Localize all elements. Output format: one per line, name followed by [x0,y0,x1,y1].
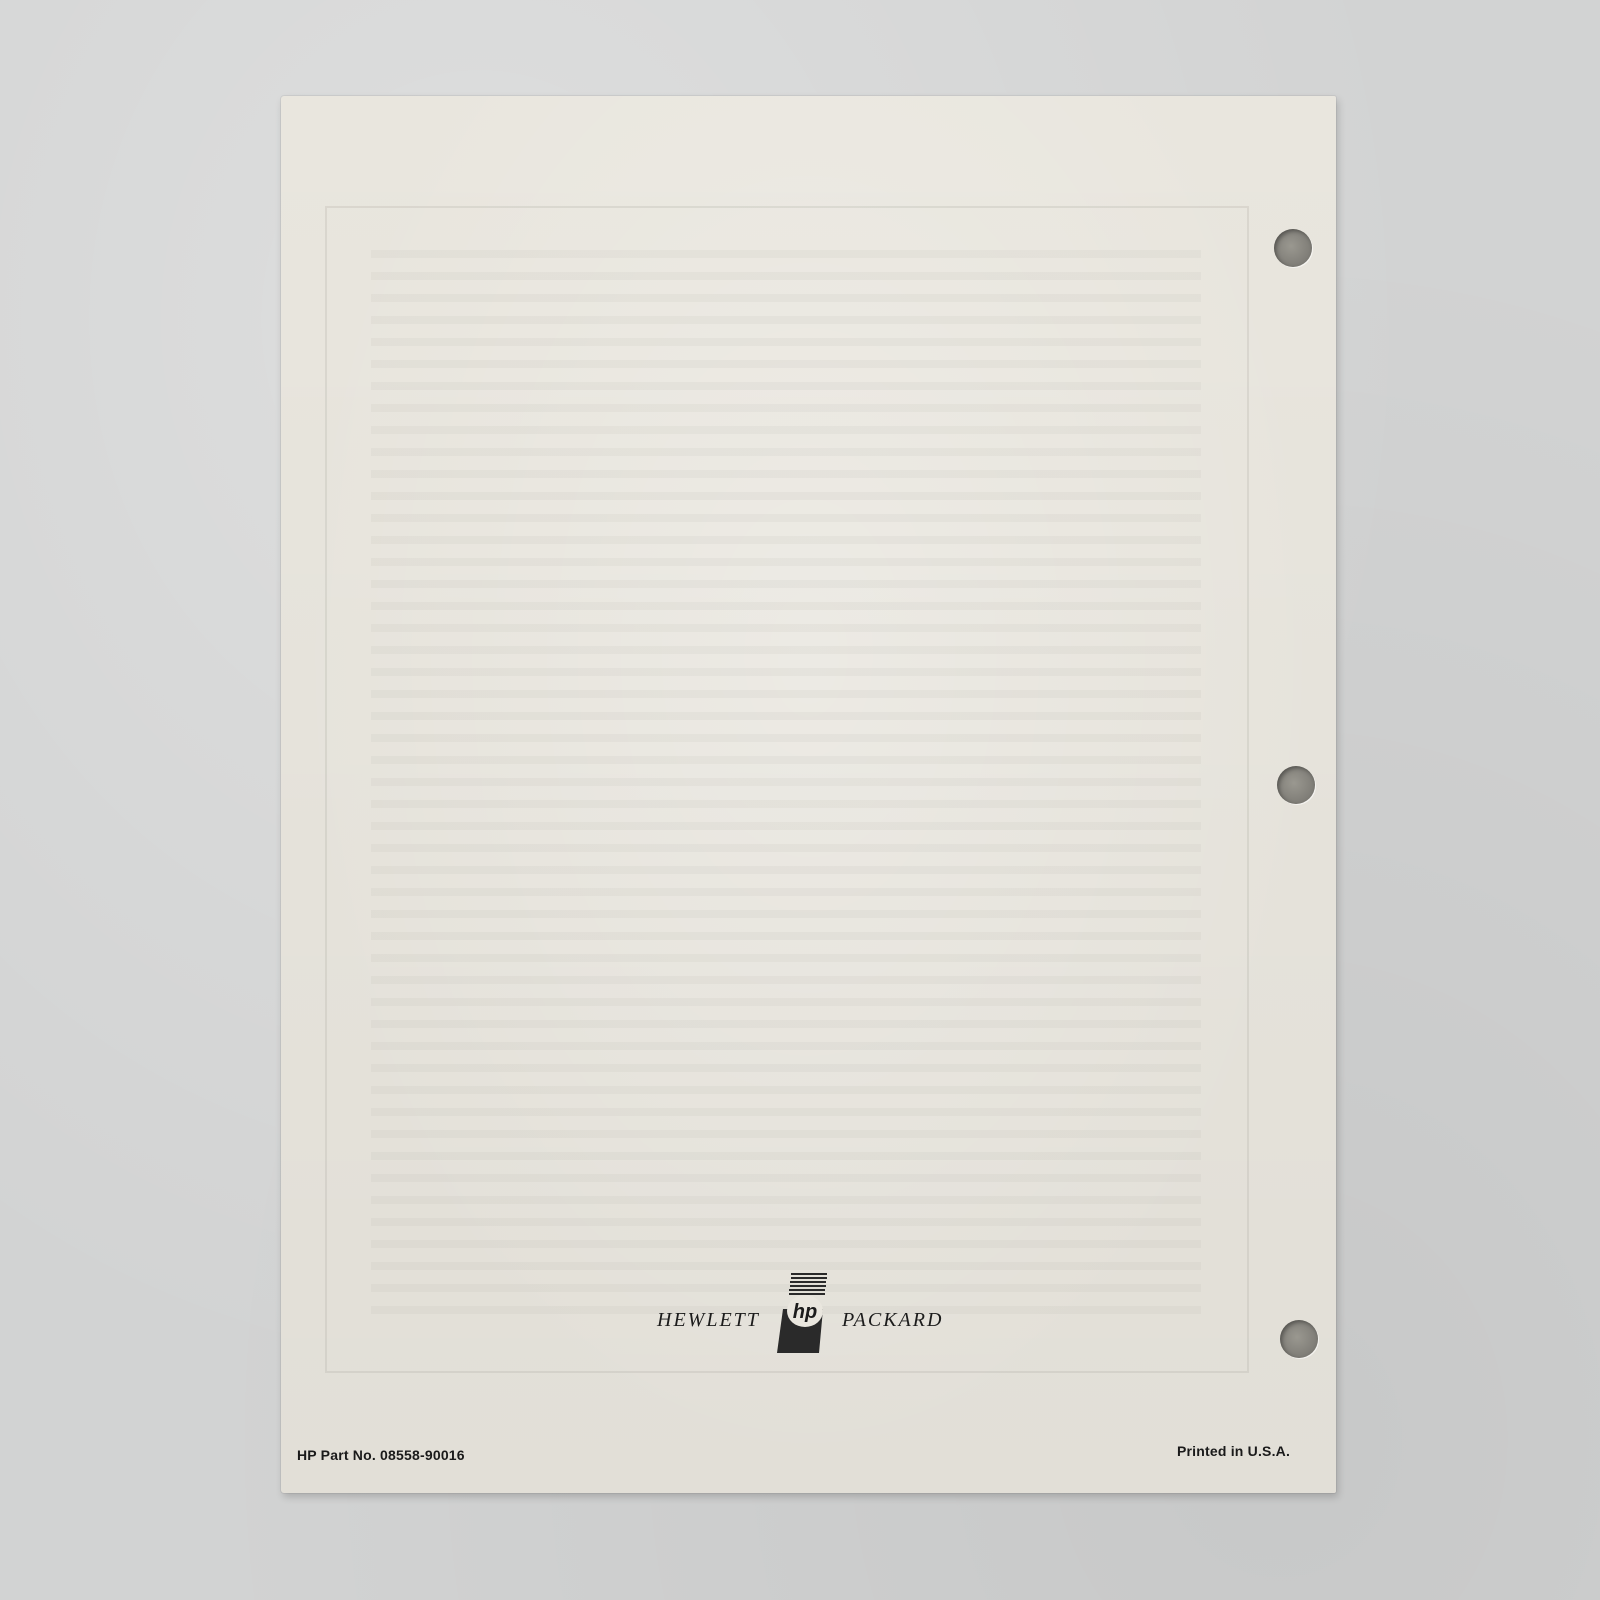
hewlett-packard-logo: HEWLETT hp PACKARD [657,1273,977,1353]
svg-text:hp: hp [793,1301,817,1323]
manual-back-cover: HEWLETT hp PACKARD HP Part No. 08558-900… [281,96,1336,1493]
part-number: HP Part No. 08558-90016 [297,1447,465,1463]
binder-hole [1277,766,1315,804]
brand-right-word: PACKARD [842,1309,943,1332]
hp-logo-icon: hp [777,1273,831,1353]
binder-hole [1274,229,1312,267]
printed-in: Printed in U.S.A. [1177,1443,1290,1459]
brand-left-word: HEWLETT [657,1309,760,1332]
show-through-text [371,236,1201,1316]
binder-hole [1280,1320,1318,1358]
